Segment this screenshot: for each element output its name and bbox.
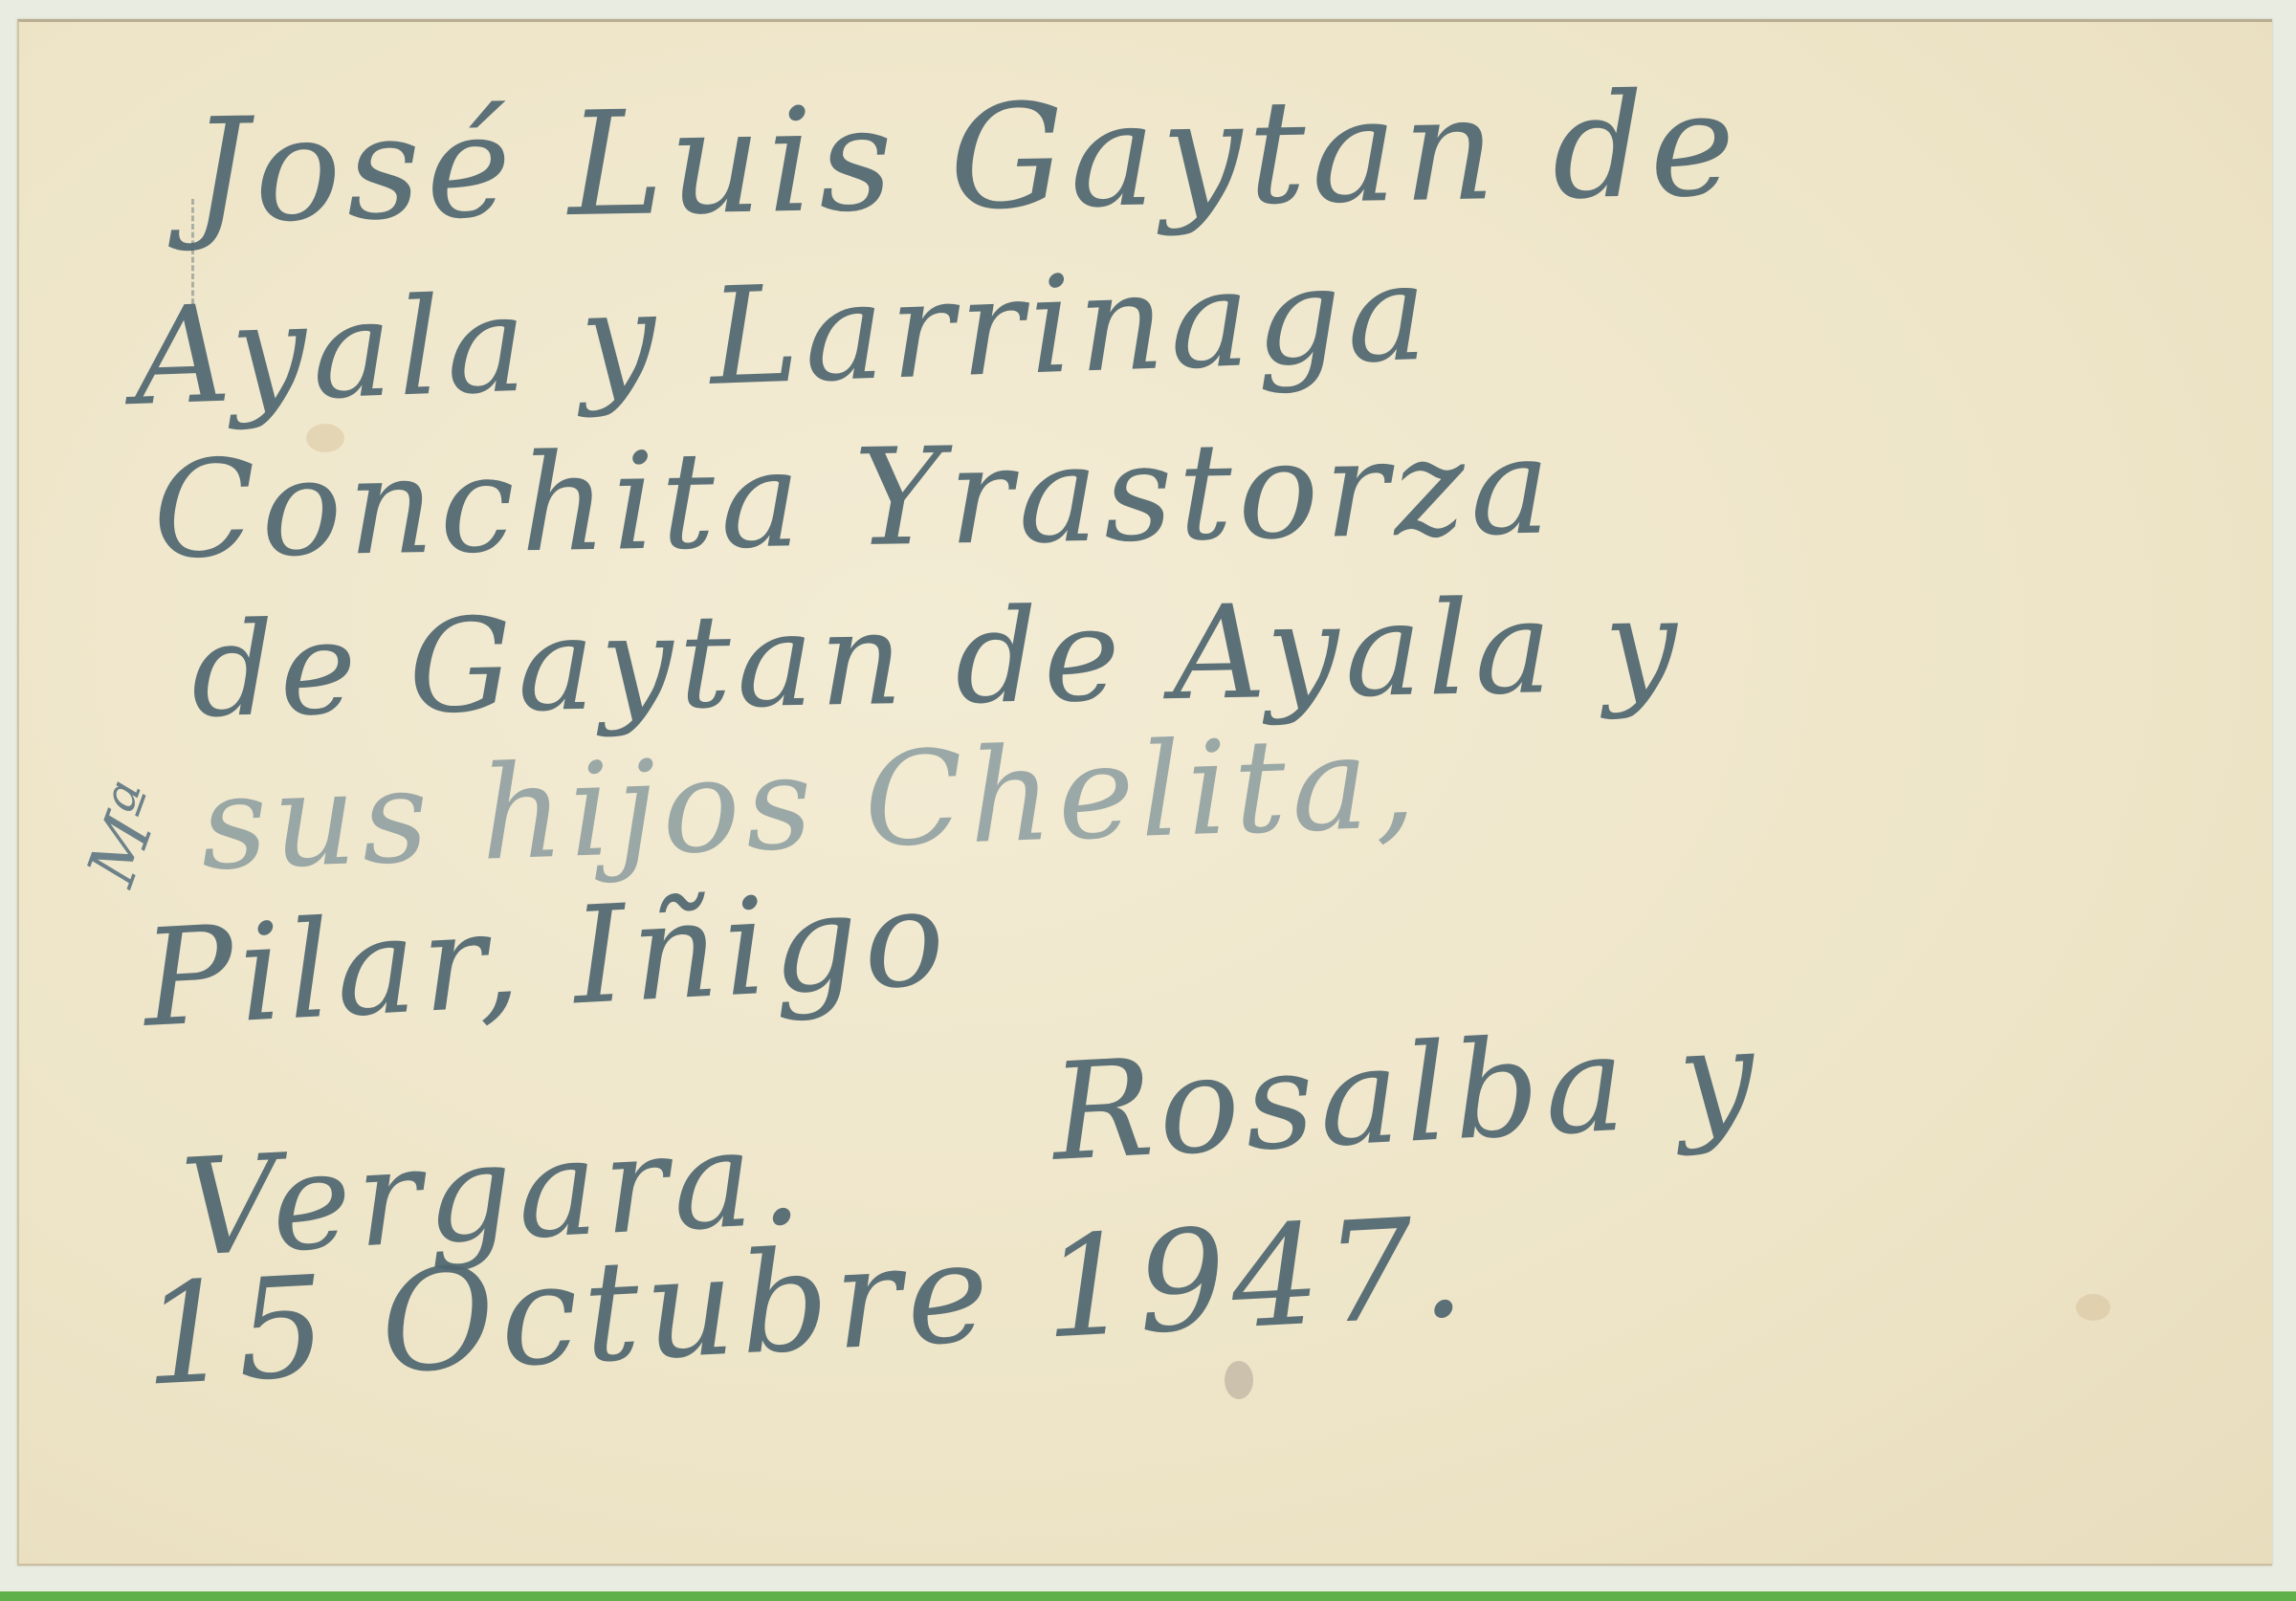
handwritten-card: José Luis Gaytan de Ayala y Larrinaga Co…	[17, 19, 2272, 1566]
handwritten-line-3: Conchita Yrastorza	[152, 408, 1557, 589]
handwritten-line-1: José Luis Gaytan de	[189, 62, 1741, 255]
paper-stain	[2076, 1294, 2110, 1321]
handwritten-line-7: Rosalba y	[1049, 998, 1764, 1192]
paper-stain	[1225, 1361, 1253, 1399]
handwritten-line-4: de Gaytan de Ayala y	[190, 570, 1685, 746]
bottom-strip	[0, 1591, 2296, 1601]
handwritten-line-2: Ayala y Larrinaga	[131, 235, 1435, 436]
margin-note: Mª	[72, 774, 180, 895]
